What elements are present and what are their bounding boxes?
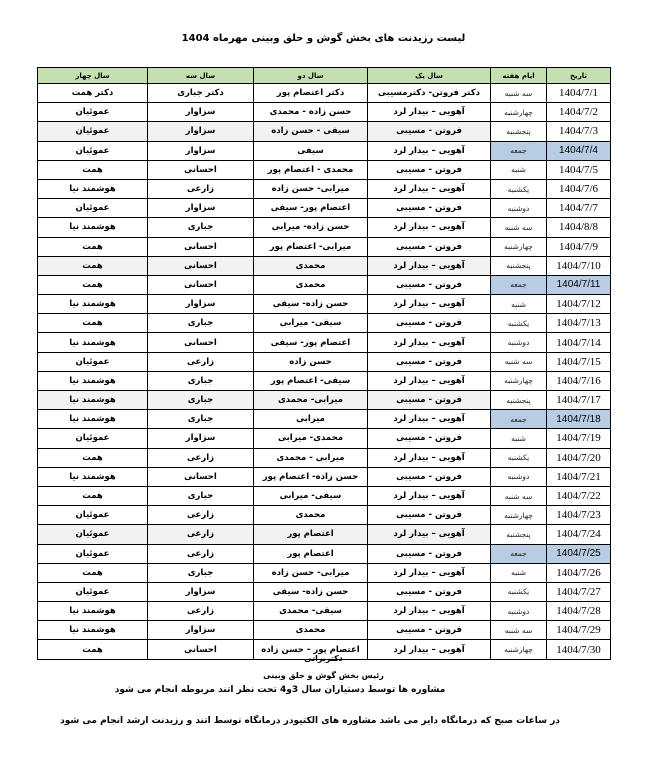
table-row: 1404/7/20یکشنبهآهویی – بیدار لردمیرابی -… bbox=[38, 448, 611, 467]
cell-year-2: اعتصام پور bbox=[254, 544, 368, 563]
cell-year-2: سیفی- محمدی bbox=[254, 602, 368, 621]
header-date: تاریخ bbox=[547, 68, 611, 84]
cell-date: 1404/7/18 bbox=[547, 410, 611, 429]
cell-date: 1404/7/13 bbox=[547, 314, 611, 333]
cell-weekday: یکشنبه bbox=[491, 448, 547, 467]
table-row: 1404/7/3پنجشنبهفروتن - مسیبیسیفی - حسن ز… bbox=[38, 122, 611, 141]
cell-year-2: میرابی- محمدی bbox=[254, 391, 368, 410]
cell-year-2: سیفی- میرابی bbox=[254, 314, 368, 333]
cell-weekday: یکشنبه bbox=[491, 314, 547, 333]
cell-date: 1404/7/3 bbox=[547, 122, 611, 141]
cell-weekday: یکشنبه bbox=[491, 179, 547, 198]
cell-weekday: چهارشنبه bbox=[491, 103, 547, 122]
cell-year-4: هوشمند نیا bbox=[38, 333, 148, 352]
cell-year-2: حسن زاده - محمدی bbox=[254, 103, 368, 122]
cell-year-1: آهویی – بیدار لرد bbox=[368, 448, 491, 467]
cell-date: 1404/7/24 bbox=[547, 525, 611, 544]
cell-year-4: عموئیان bbox=[38, 429, 148, 448]
table-row: 1404/7/19شنبهفروتن - مسیبیمحمدی- میرابیس… bbox=[38, 429, 611, 448]
cell-year-1: آهویی – بیدار لرد bbox=[368, 410, 491, 429]
cell-year-1: دکتر فروتن- دکترمسیبی bbox=[368, 84, 491, 103]
table-row: 1404/7/15سه شنبهفروتن - مسیبیحسن زادهزار… bbox=[38, 352, 611, 371]
cell-date: 1404/7/16 bbox=[547, 371, 611, 390]
cell-year-3: سزاوار bbox=[148, 429, 254, 448]
cell-year-4: هوشمند نیا bbox=[38, 391, 148, 410]
cell-date: 1404/7/10 bbox=[547, 256, 611, 275]
cell-weekday: دوشنبه bbox=[491, 333, 547, 352]
cell-year-3: زارعی bbox=[148, 506, 254, 525]
cell-date: 1404/7/27 bbox=[547, 582, 611, 601]
table-row: 1404/7/10پنجشنبهآهویی – بیدار لردمحمدیاح… bbox=[38, 256, 611, 275]
table-row: 1404/7/28دوشنبهآهویی – بیدار لردسیفی- مح… bbox=[38, 602, 611, 621]
cell-year-1: فروتن - مسیبی bbox=[368, 237, 491, 256]
table-row: 1404/7/14دوشنبهآهویی – بیدار لرداعتصام پ… bbox=[38, 333, 611, 352]
cell-date: 1404/7/22 bbox=[547, 486, 611, 505]
table-row: 1404/7/1سه شنبهدکتر فروتن- دکترمسیبیدکتر… bbox=[38, 84, 611, 103]
cell-date: 1404/7/20 bbox=[547, 448, 611, 467]
table-row: 1404/7/25جمعهفروتن - مسیبیاعتصام پورزارع… bbox=[38, 544, 611, 563]
cell-weekday: سه شنبه bbox=[491, 621, 547, 640]
consultation-note: مشاوره ها توسط دستیاران سال 3و4 تحت نظر … bbox=[40, 685, 520, 695]
cell-date: 1404/7/11 bbox=[547, 275, 611, 294]
cell-date: 1404/7/29 bbox=[547, 621, 611, 640]
table-header-row: تاریخ ایام هفته سال یک سال دو سال سه سال… bbox=[38, 68, 611, 84]
cell-year-1: آهویی – بیدار لرد bbox=[368, 141, 491, 160]
cell-year-4: عموئیان bbox=[38, 525, 148, 544]
cell-year-3: احسانی bbox=[148, 160, 254, 179]
cell-year-1: فروتن - مسیبی bbox=[368, 391, 491, 410]
cell-date: 1404/7/1 bbox=[547, 84, 611, 103]
cell-year-2: حسن زاده- میرابی bbox=[254, 218, 368, 237]
table-row: 1404/7/13یکشنبهفروتن - مسیبیسیفی- میرابی… bbox=[38, 314, 611, 333]
table-row: 1404/7/7دوشنبهفروتن - مسیبیاعتصام پور- س… bbox=[38, 199, 611, 218]
table-row: 1404/7/9چهارشنبهفروتن - مسیبیمیرابی- اعت… bbox=[38, 237, 611, 256]
cell-date: 1404/7/12 bbox=[547, 295, 611, 314]
cell-year-3: سزاوار bbox=[148, 295, 254, 314]
cell-weekday: چهارشنبه bbox=[491, 506, 547, 525]
table-row: 1404/7/22سه شنبهآهویی – بیدار لردسیفی- م… bbox=[38, 486, 611, 505]
cell-year-1: فروتن - مسیبی bbox=[368, 160, 491, 179]
cell-year-4: هوشمند نیا bbox=[38, 410, 148, 429]
table-row: 1404/7/4جمعهآهویی – بیدار لردسیفیسزاوارع… bbox=[38, 141, 611, 160]
cell-date: 1404/7/6 bbox=[547, 179, 611, 198]
cell-year-4: همت bbox=[38, 275, 148, 294]
table-row: 1404/7/26شنبهآهویی – بیدار لردمیرابی- حس… bbox=[38, 563, 611, 582]
header-year-1: سال یک bbox=[368, 68, 491, 84]
cell-year-4: همت bbox=[38, 237, 148, 256]
cell-year-3: احسانی bbox=[148, 467, 254, 486]
table-row: 1404/7/23چهارشنبهفروتن - مسیبیمحمدیزارعی… bbox=[38, 506, 611, 525]
cell-year-1: فروتن - مسیبی bbox=[368, 621, 491, 640]
header-year-2: سال دو bbox=[254, 68, 368, 84]
cell-year-3: سزاوار bbox=[148, 122, 254, 141]
cell-date: 1404/7/2 bbox=[547, 103, 611, 122]
cell-year-1: فروتن - مسیبی bbox=[368, 467, 491, 486]
cell-year-4: هوشمند نیا bbox=[38, 621, 148, 640]
cell-year-4: همت bbox=[38, 563, 148, 582]
cell-year-3: احسانی bbox=[148, 275, 254, 294]
table-row: 1404/7/24پنجشنبهآهویی – بیدار لرداعتصام … bbox=[38, 525, 611, 544]
table-row: 1404/7/17پنجشنبهفروتن - مسیبیمیرابی- محم… bbox=[38, 391, 611, 410]
cell-year-1: آهویی – بیدار لرد bbox=[368, 486, 491, 505]
signature-name: دکتربراتی bbox=[0, 654, 647, 663]
table-row: 1404/7/18جمعهآهویی – بیدار لردمیرابیجبار… bbox=[38, 410, 611, 429]
cell-date: 1404/7/7 bbox=[547, 199, 611, 218]
cell-date: 1404/7/25 bbox=[547, 544, 611, 563]
cell-year-1: آهویی – بیدار لرد bbox=[368, 525, 491, 544]
table-row: 1404/7/16چهارشنبهآهویی – بیدار لردسیفی- … bbox=[38, 371, 611, 390]
cell-year-1: فروتن - مسیبی bbox=[368, 352, 491, 371]
cell-year-3: جباری bbox=[148, 218, 254, 237]
cell-year-3: جباری bbox=[148, 410, 254, 429]
table-row: 1404/7/2چهارشنبهآهویی – بیدار لردحسن زاد… bbox=[38, 103, 611, 122]
cell-year-1: آهویی – بیدار لرد bbox=[368, 563, 491, 582]
cell-date: 1404/7/19 bbox=[547, 429, 611, 448]
cell-year-4: همت bbox=[38, 448, 148, 467]
cell-year-3: سزاوار bbox=[148, 141, 254, 160]
cell-date: 1404/7/28 bbox=[547, 602, 611, 621]
cell-year-4: هوشمند نیا bbox=[38, 295, 148, 314]
cell-year-2: میرابی- حسن زاده bbox=[254, 179, 368, 198]
table-row: 1404/7/11جمعهفروتن - مسیبیمحمدیاحسانیهمت bbox=[38, 275, 611, 294]
cell-weekday: جمعه bbox=[491, 275, 547, 294]
cell-year-2: محمدی bbox=[254, 506, 368, 525]
cell-date: 1404/7/14 bbox=[547, 333, 611, 352]
header-year-4: سال چهار bbox=[38, 68, 148, 84]
cell-year-4: هوشمند نیا bbox=[38, 179, 148, 198]
table-row: 1404/7/21دوشنبهفروتن - مسیبیحسن زاده- اع… bbox=[38, 467, 611, 486]
cell-date: 1404/7/4 bbox=[547, 141, 611, 160]
cell-year-1: آهویی – بیدار لرد bbox=[368, 295, 491, 314]
cell-year-1: آهویی – بیدار لرد bbox=[368, 103, 491, 122]
cell-weekday: شنبه bbox=[491, 295, 547, 314]
cell-year-2: سیفی- اعتصام پور bbox=[254, 371, 368, 390]
cell-year-3: دکتر جباری bbox=[148, 84, 254, 103]
cell-year-4: هوشمند نیا bbox=[38, 467, 148, 486]
cell-year-2: میرابی- اعتصام پور bbox=[254, 237, 368, 256]
cell-year-2: محمدی - اعتصام پور bbox=[254, 160, 368, 179]
cell-year-2: حسن زاده- سیفی bbox=[254, 582, 368, 601]
cell-year-2: سیفی - حسن زاده bbox=[254, 122, 368, 141]
cell-year-4: همت bbox=[38, 486, 148, 505]
table-row: 1404/7/6یکشنبهآهویی – بیدار لردمیرابی- ح… bbox=[38, 179, 611, 198]
cell-year-4: هوشمند نیا bbox=[38, 602, 148, 621]
cell-date: 1404/7/15 bbox=[547, 352, 611, 371]
page-title: لیست رزیدنت های بخش گوش و حلق وبینی مهرم… bbox=[0, 33, 647, 44]
cell-year-4: عموئیان bbox=[38, 506, 148, 525]
table-row: 1404/7/29سه شنبهفروتن - مسیبیمحمدیسزاوار… bbox=[38, 621, 611, 640]
header-year-3: سال سه bbox=[148, 68, 254, 84]
cell-year-1: آهویی – بیدار لرد bbox=[368, 333, 491, 352]
cell-year-1: فروتن - مسیبی bbox=[368, 199, 491, 218]
cell-year-3: زارعی bbox=[148, 179, 254, 198]
cell-date: 1404/7/23 bbox=[547, 506, 611, 525]
cell-weekday: پنجشنبه bbox=[491, 525, 547, 544]
cell-date: 1404/8/8 bbox=[547, 218, 611, 237]
resident-roster-table: تاریخ ایام هفته سال یک سال دو سال سه سال… bbox=[37, 67, 611, 660]
cell-date: 1404/7/17 bbox=[547, 391, 611, 410]
cell-year-3: زارعی bbox=[148, 448, 254, 467]
cell-year-4: هوشمند نیا bbox=[38, 218, 148, 237]
cell-weekday: یکشنبه bbox=[491, 582, 547, 601]
cell-year-4: عموئیان bbox=[38, 544, 148, 563]
cell-year-2: محمدی- میرابی bbox=[254, 429, 368, 448]
cell-weekday: دوشنبه bbox=[491, 199, 547, 218]
cell-year-3: جباری bbox=[148, 314, 254, 333]
cell-year-2: حسن زاده bbox=[254, 352, 368, 371]
cell-date: 1404/7/5 bbox=[547, 160, 611, 179]
cell-year-2: اعتصام پور- سیفی bbox=[254, 333, 368, 352]
cell-year-3: سزاوار bbox=[148, 621, 254, 640]
cell-year-2: حسن زاده- سیفی bbox=[254, 295, 368, 314]
cell-year-4: عموئیان bbox=[38, 103, 148, 122]
cell-weekday: شنبه bbox=[491, 563, 547, 582]
table-row: 1404/7/27یکشنبهفروتن - مسیبیحسن زاده- سی… bbox=[38, 582, 611, 601]
cell-year-4: همت bbox=[38, 314, 148, 333]
cell-weekday: چهارشنبه bbox=[491, 237, 547, 256]
cell-year-1: فروتن - مسیبی bbox=[368, 314, 491, 333]
cell-year-3: زارعی bbox=[148, 352, 254, 371]
cell-year-3: احسانی bbox=[148, 333, 254, 352]
cell-weekday: پنجشنبه bbox=[491, 122, 547, 141]
cell-year-2: محمدی bbox=[254, 275, 368, 294]
table-body: 1404/7/1سه شنبهدکتر فروتن- دکترمسیبیدکتر… bbox=[38, 84, 611, 660]
cell-year-3: جباری bbox=[148, 391, 254, 410]
cell-date: 1404/7/21 bbox=[547, 467, 611, 486]
cell-date: 1404/7/9 bbox=[547, 237, 611, 256]
cell-year-3: سزاوار bbox=[148, 582, 254, 601]
cell-year-1: آهویی – بیدار لرد bbox=[368, 179, 491, 198]
cell-weekday: چهارشنبه bbox=[491, 371, 547, 390]
cell-year-1: آهویی – بیدار لرد bbox=[368, 602, 491, 621]
cell-year-4: عموئیان bbox=[38, 582, 148, 601]
cell-year-1: آهویی – بیدار لرد bbox=[368, 256, 491, 275]
table-row: 1404/7/5شنبهفروتن - مسیبیمحمدی - اعتصام … bbox=[38, 160, 611, 179]
signature-role: رئیس بخش گوش و حلق وبینی bbox=[0, 671, 647, 680]
cell-year-3: جباری bbox=[148, 486, 254, 505]
cell-weekday: جمعه bbox=[491, 544, 547, 563]
cell-date: 1404/7/26 bbox=[547, 563, 611, 582]
cell-year-4: عموئیان bbox=[38, 141, 148, 160]
table-row: 1404/8/8سه شنبهآهویی – بیدار لردحسن زاده… bbox=[38, 218, 611, 237]
cell-year-3: زارعی bbox=[148, 525, 254, 544]
cell-year-1: فروتن - مسیبی bbox=[368, 275, 491, 294]
cell-year-2: سیفی- میرابی bbox=[254, 486, 368, 505]
cell-year-3: زارعی bbox=[148, 544, 254, 563]
header-weekday: ایام هفته bbox=[491, 68, 547, 84]
cell-year-4: هوشمند نیا bbox=[38, 371, 148, 390]
cell-year-3: احسانی bbox=[148, 256, 254, 275]
cell-year-3: جباری bbox=[148, 371, 254, 390]
cell-year-2: اعتصام پور bbox=[254, 525, 368, 544]
cell-year-4: همت bbox=[38, 160, 148, 179]
cell-weekday: شنبه bbox=[491, 429, 547, 448]
cell-year-4: همت bbox=[38, 256, 148, 275]
cell-year-3: زارعی bbox=[148, 602, 254, 621]
cell-year-2: سیفی bbox=[254, 141, 368, 160]
cell-year-1: آهویی – بیدار لرد bbox=[368, 371, 491, 390]
cell-year-1: فروتن - مسیبی bbox=[368, 506, 491, 525]
cell-year-3: جباری bbox=[148, 563, 254, 582]
cell-weekday: شنبه bbox=[491, 160, 547, 179]
cell-year-2: میرابی bbox=[254, 410, 368, 429]
cell-weekday: پنجشنبه bbox=[491, 256, 547, 275]
cell-year-1: فروتن - مسیبی bbox=[368, 122, 491, 141]
cell-year-1: آهویی – بیدار لرد bbox=[368, 218, 491, 237]
cell-year-4: دکتر همت bbox=[38, 84, 148, 103]
cell-year-4: عموئیان bbox=[38, 122, 148, 141]
cell-year-1: فروتن - مسیبی bbox=[368, 429, 491, 448]
cell-weekday: پنجشنبه bbox=[491, 391, 547, 410]
cell-weekday: جمعه bbox=[491, 141, 547, 160]
cell-year-3: سزاوار bbox=[148, 199, 254, 218]
table-row: 1404/7/12شنبهآهویی – بیدار لردحسن زاده- … bbox=[38, 295, 611, 314]
cell-year-3: احسانی bbox=[148, 237, 254, 256]
cell-year-2: حسن زاده- اعتصام پور bbox=[254, 467, 368, 486]
cell-year-1: فروتن - مسیبی bbox=[368, 582, 491, 601]
cell-weekday: دوشنبه bbox=[491, 602, 547, 621]
cell-year-1: فروتن - مسیبی bbox=[368, 544, 491, 563]
cell-weekday: سه شنبه bbox=[491, 352, 547, 371]
cell-weekday: سه شنبه bbox=[491, 486, 547, 505]
cell-year-2: میرابی- حسن زاده bbox=[254, 563, 368, 582]
cell-year-2: دکتر اعتصام پور bbox=[254, 84, 368, 103]
cell-year-2: میرابی - محمدی bbox=[254, 448, 368, 467]
cell-weekday: سه شنبه bbox=[491, 218, 547, 237]
cell-year-4: عموئیان bbox=[38, 199, 148, 218]
morning-clinic-note: در ساعات صبح که درمانگاه دایر می باشد مش… bbox=[0, 716, 620, 726]
cell-year-2: محمدی bbox=[254, 621, 368, 640]
cell-weekday: سه شنبه bbox=[491, 84, 547, 103]
cell-year-3: سزاوار bbox=[148, 103, 254, 122]
cell-weekday: دوشنبه bbox=[491, 467, 547, 486]
cell-year-4: عموئیان bbox=[38, 352, 148, 371]
cell-year-2: اعتصام پور- سیفی bbox=[254, 199, 368, 218]
cell-weekday: جمعه bbox=[491, 410, 547, 429]
cell-year-2: محمدی bbox=[254, 256, 368, 275]
